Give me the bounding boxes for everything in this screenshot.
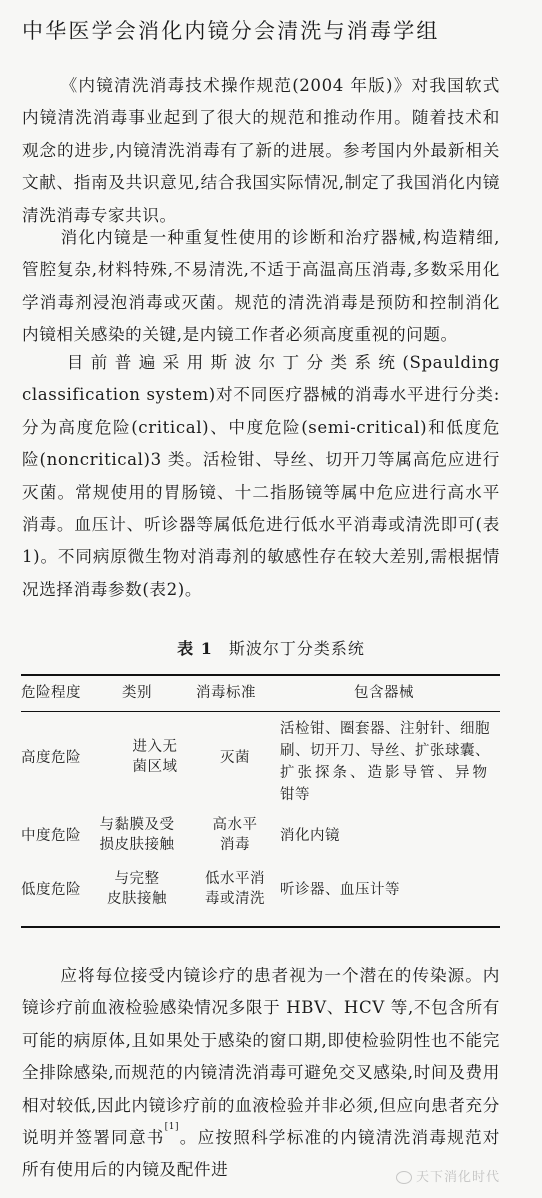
table-header-category: 类别 — [122, 683, 152, 703]
table-bottom-rule — [21, 926, 500, 928]
table-header-rule — [21, 711, 500, 712]
wechat-icon — [396, 1171, 412, 1184]
cell-risk: 高度危险 — [21, 748, 81, 768]
cell-devices: 听诊器、血压计等 — [280, 880, 400, 900]
table-caption: 表 1斯波尔丁分类系统 — [0, 636, 542, 659]
table-header-devices: 包含器械 — [354, 683, 414, 703]
cell-line: 消毒 — [190, 835, 280, 855]
table-header-standard: 消毒标准 — [196, 683, 256, 703]
cell-line: 刷、切开刀、导丝、扩张球囊、 — [280, 740, 502, 762]
cell-risk: 中度危险 — [21, 826, 81, 846]
cell-standard: 低水平消 毒或清洗 — [190, 869, 280, 909]
cell-category: 与完整 皮肤接触 — [92, 869, 182, 909]
cell-standard: 灭菌 — [190, 748, 280, 768]
cell-devices: 活检钳、圈套器、注射针、细胞 刷、切开刀、导丝、扩张球囊、 扩张探条、造影导管、… — [280, 718, 502, 806]
cell-line: 钳等 — [280, 784, 502, 806]
watermark-text: 天下消化时代 — [416, 1170, 500, 1185]
paragraph-infection-source: 应将每位接受内镜诊疗的患者视为一个潜在的传染源。内镜诊疗前血液检验感染情况多限于… — [22, 960, 500, 1187]
cell-line: 皮肤接触 — [92, 889, 182, 909]
cell-line: 低水平消 — [190, 869, 280, 889]
cell-devices: 消化内镜 — [280, 826, 340, 846]
cell-line: 高水平 — [190, 815, 280, 835]
author-organization: 中华医学会消化内镜分会清洗与消毒学组 — [22, 14, 440, 48]
cell-line: 活检钳、圈套器、注射针、细胞 — [280, 718, 502, 740]
cell-standard: 高水平 消毒 — [190, 815, 280, 855]
citation-ref[interactable]: [1] — [165, 1122, 180, 1132]
cell-line: 毒或清洗 — [190, 889, 280, 909]
cell-risk: 低度危险 — [21, 880, 81, 900]
cell-category: 与黏膜及受 损皮肤接触 — [92, 815, 182, 855]
cell-line: 扩张探条、造影导管、异物 — [280, 762, 502, 784]
cell-line: 与完整 — [92, 869, 182, 889]
table-title: 斯波尔丁分类系统 — [229, 639, 365, 658]
paragraph-text: 应将每位接受内镜诊疗的患者视为一个潜在的传染源。内镜诊疗前血液检验感染情况多限于… — [22, 966, 500, 1147]
table-header-risk: 危险程度 — [21, 683, 81, 703]
paragraph-text: 消化内镜是一种重复性使用的诊断和治疗器械,构造精细,管腔复杂,材料特殊,不易清洗… — [22, 228, 500, 344]
paragraph-spaulding: 目前普遍采用斯波尔丁分类系统(Spaulding classification … — [22, 347, 500, 606]
paragraph-text: 目前普遍采用斯波尔丁分类系统(Spaulding classification … — [22, 353, 500, 599]
paragraph-endoscope-description: 消化内镜是一种重复性使用的诊断和治疗器械,构造精细,管腔复杂,材料特殊,不易清洗… — [22, 222, 500, 352]
table-top-rule — [21, 674, 500, 676]
cell-line: 与黏膜及受 — [92, 815, 182, 835]
paragraph-text: 《内镜清洗消毒技术操作规范(2004 年版)》对我国软式内镜清洗消毒事业起到了很… — [22, 76, 500, 225]
paragraph-intro: 《内镜清洗消毒技术操作规范(2004 年版)》对我国软式内镜清洗消毒事业起到了很… — [22, 70, 500, 232]
table-number: 表 1 — [177, 639, 213, 658]
watermark: 天下消化时代 — [396, 1166, 500, 1185]
cell-line: 损皮肤接触 — [92, 835, 182, 855]
